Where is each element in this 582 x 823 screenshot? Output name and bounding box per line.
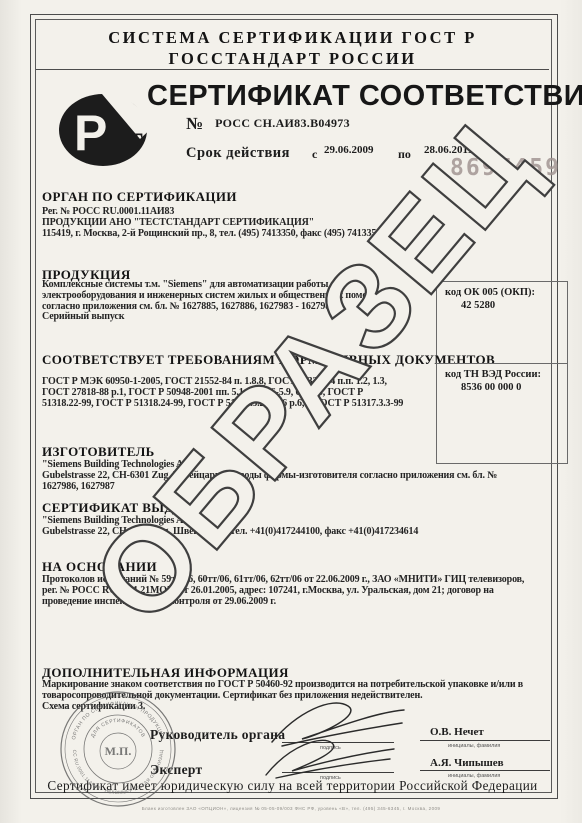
section-heading-basis: НА ОСНОВАНИИ [42, 559, 157, 575]
validity-to-label: по [398, 147, 411, 162]
section-body-certification-body: Рег. № РОСС RU.0001.11АИ83 ПРОДУКЦИИ АНО… [42, 207, 381, 239]
tnved-code-label: код ТН ВЭД России: [445, 369, 561, 380]
okp-code-label: код ОК 005 (ОКП): [445, 287, 561, 298]
section-heading-manufacturer: ИЗГОТОВИТЕЛЬ [42, 444, 155, 460]
section-heading-issued-to: СЕРТИФИКАТ ВЫДАН [42, 500, 194, 516]
head-name-caption: инициалы, фамилия [448, 743, 500, 749]
tnved-code-box: код ТН ВЭД России: 8536 00 000 0 [436, 363, 568, 464]
section-body-conformity: ГОСТ Р МЭК 60950-1-2005, ГОСТ 21552-84 п… [42, 377, 403, 409]
certification-body-stamp: ОРГАН ПО СЕРТИФИКАЦИИ ПРОДУКЦИИ РОСС RU.… [52, 687, 184, 819]
head-name: О.В. Нечет [430, 726, 484, 738]
validity-label: Срок действия [186, 145, 290, 162]
section-body-basis: Протоколов испытаний № 59тт/06, 60тт/06,… [42, 575, 524, 607]
rst-letter-t: т [128, 121, 143, 154]
head-name-line [420, 740, 550, 741]
section-heading-certification-body: ОРГАН ПО СЕРТИФИКАЦИИ [42, 189, 237, 205]
validity-from-label: с [312, 147, 317, 162]
stamp-mp-text: М.П. [105, 744, 132, 758]
rst-mark-icon: Р т [58, 87, 158, 171]
expert-autograph [252, 733, 412, 788]
number-label: № [186, 114, 203, 133]
validity-from-date: 29.06.2009 [324, 144, 374, 156]
section-heading-conformity: СООТВЕТСТВУЕТ ТРЕБОВАНИЯМ НОРМАТИВНЫХ ДО… [42, 352, 495, 368]
blank-serial-number: 8697459 [450, 155, 561, 181]
certificate-page: СИСТЕМА СЕРТИФИКАЦИИ ГОСТ Р ГОССТАНДАРТ … [0, 0, 582, 823]
tnved-code-value: 8536 00 000 0 [445, 382, 561, 393]
certificate-number: РОСС CH.АИ83.В04973 [215, 116, 350, 130]
expert-name: А.Я. Чипышев [430, 757, 504, 769]
expert-name-line [420, 770, 550, 771]
section-body-product: Комплексные системы т.м. "Siemens" для а… [42, 280, 396, 323]
section-body-manufacturer: "Siemens Building Technologies AG" Gubel… [42, 460, 497, 492]
header-band: СИСТЕМА СЕРТИФИКАЦИИ ГОСТ Р ГОССТАНДАРТ … [36, 20, 549, 70]
rst-letter-p: Р [74, 105, 107, 161]
okp-code-value: 42 5280 [445, 300, 561, 311]
certificate-number-row: №РОСС CH.АИ83.В04973 [186, 114, 350, 134]
certification-system-title: СИСТЕМА СЕРТИФИКАЦИИ ГОСТ Р ГОССТАНДАРТ … [36, 20, 549, 69]
certificate-title: СЕРТИФИКАТ СООТВЕТСТВИЯ [147, 80, 555, 113]
section-body-issued-to: "Siemens Building Technologies AG" Gubel… [42, 516, 418, 538]
